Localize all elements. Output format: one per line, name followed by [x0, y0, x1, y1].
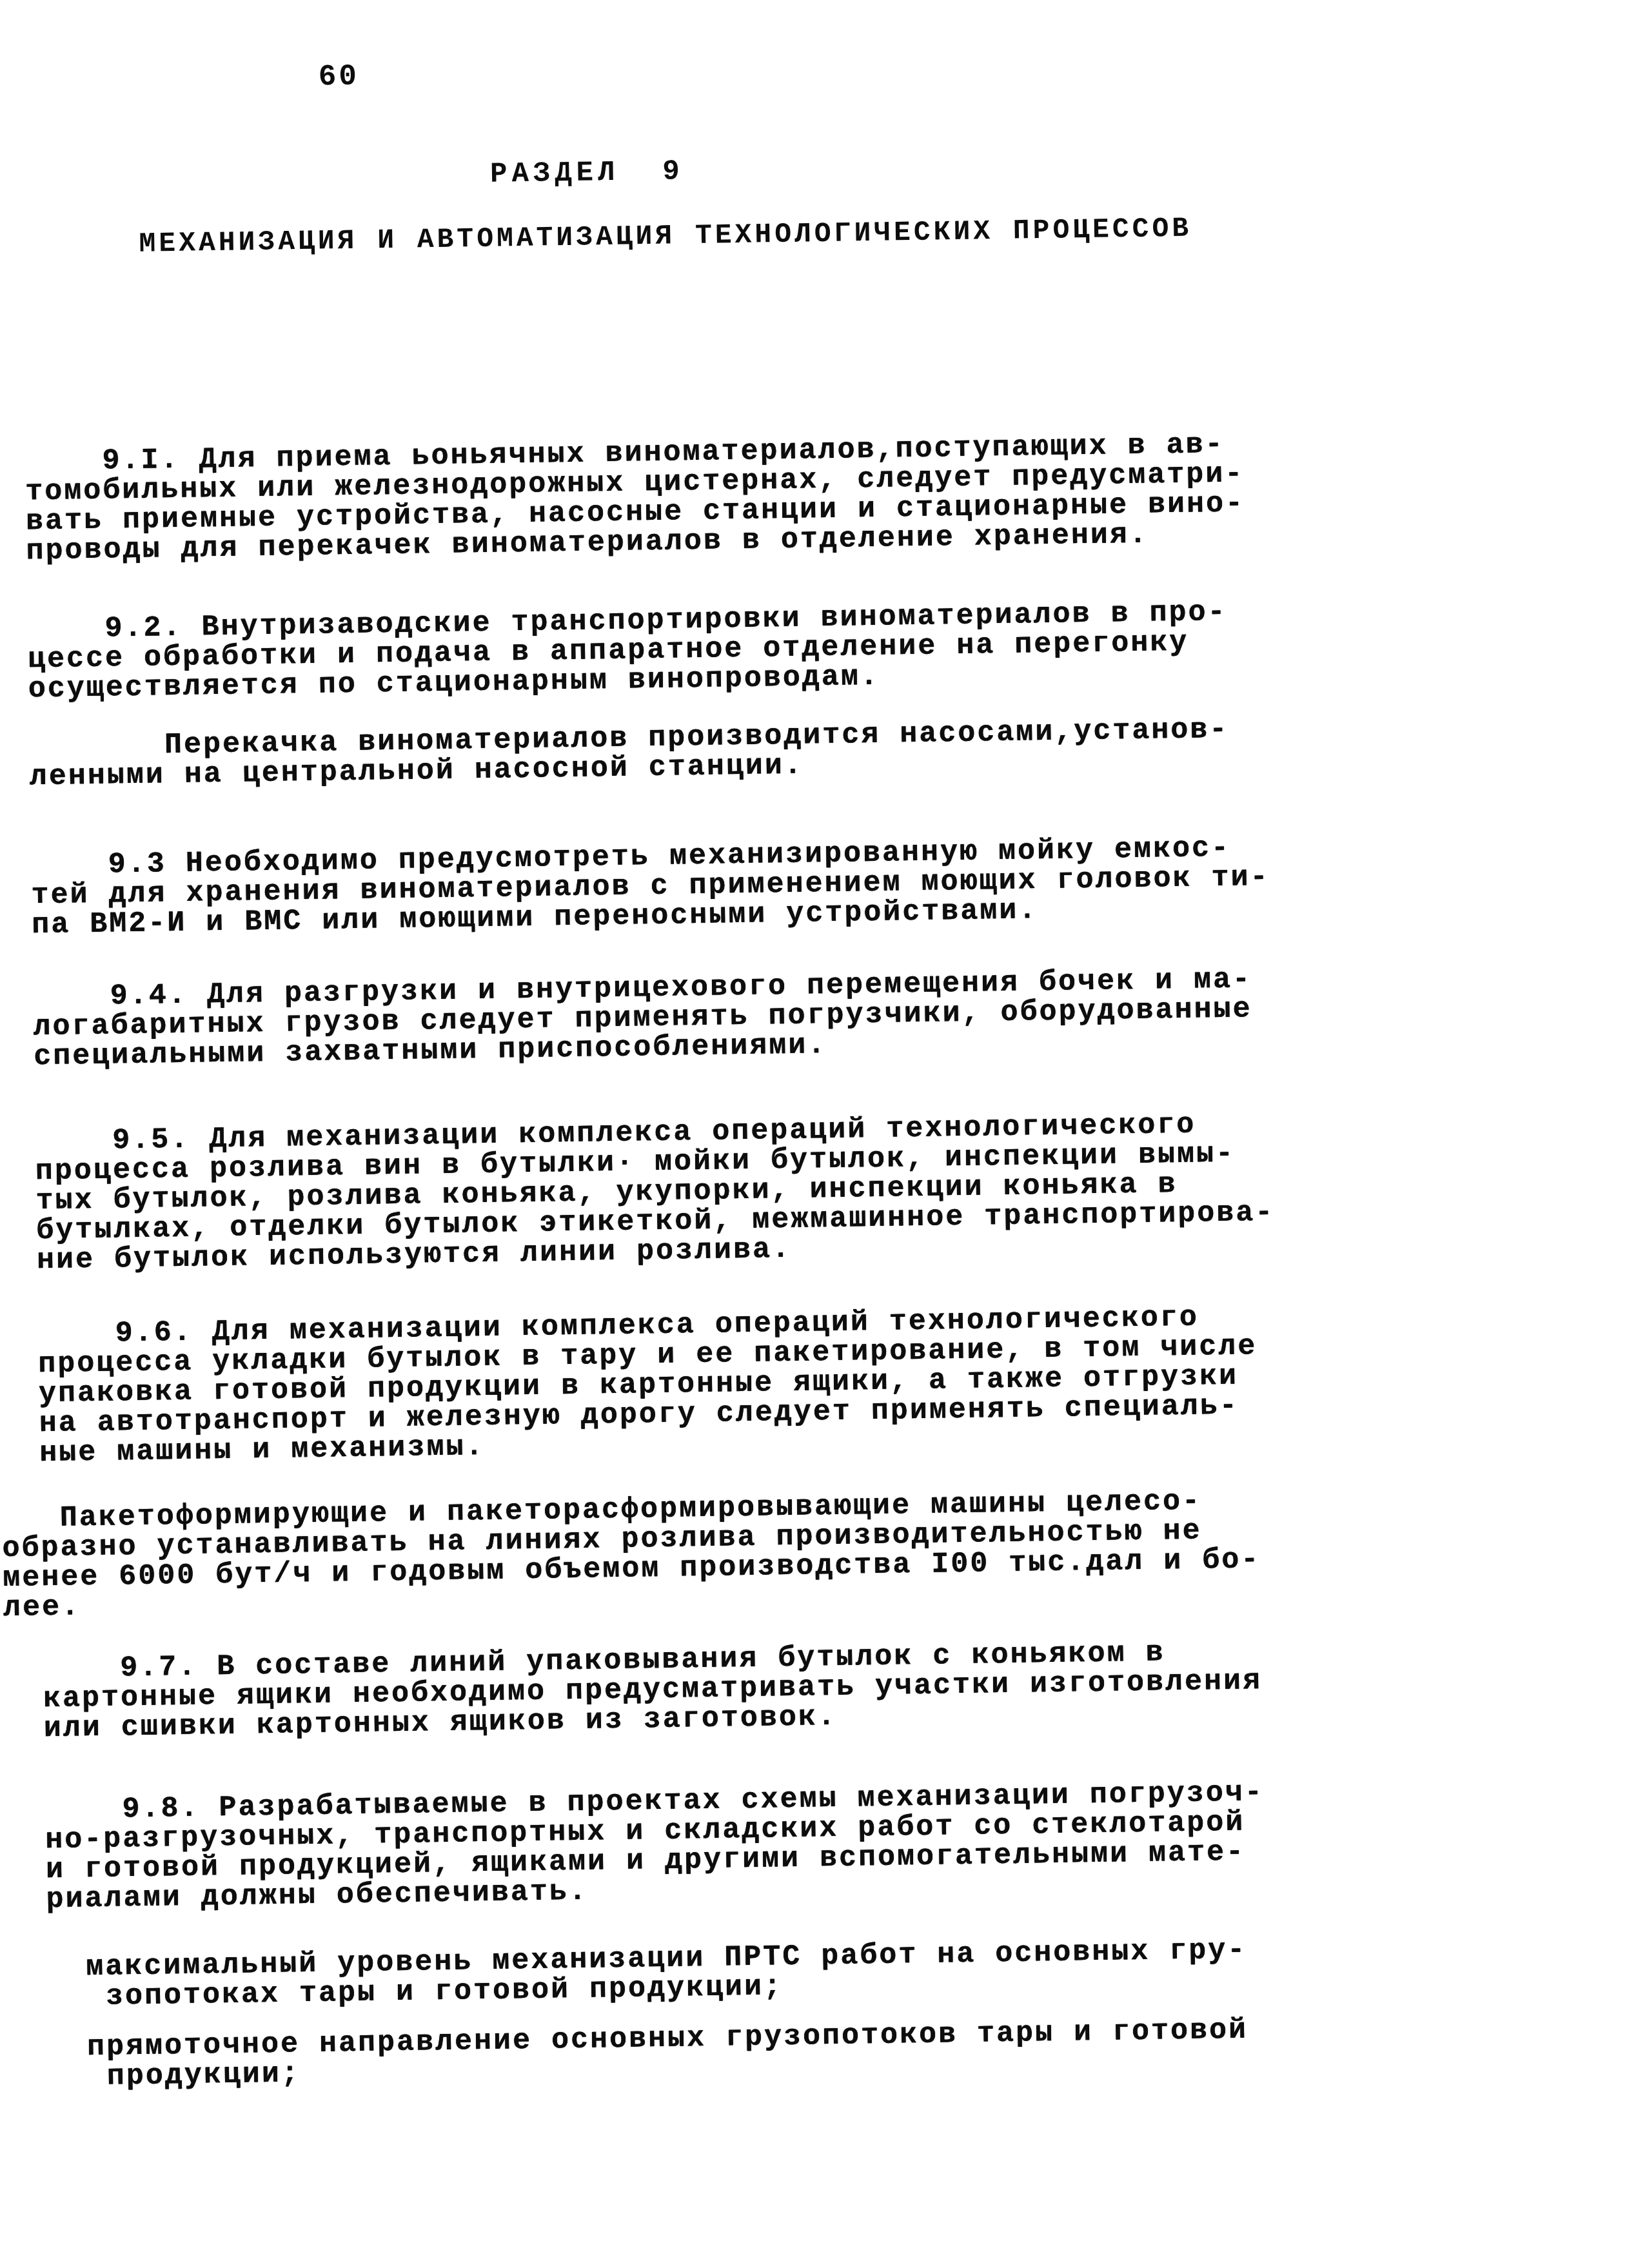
paragraph-9-8-item-1: максимальный уровень механизации ПРТС ра… [47, 1931, 1595, 2013]
paragraph-9-6-note: Пакетоформирующие и пакеторасформировыва… [2, 1481, 1590, 1623]
paragraph-9-3: 9.3 Необходимо предусмотреть механизиров… [31, 829, 1580, 941]
section-heading: РАЗДЕЛ 9 [490, 155, 684, 190]
scanned-page: 60 РАЗДЕЛ 9 МЕХАНИЗАЦИЯ И АВТОМАТИЗАЦИЯ … [0, 0, 1647, 2268]
paragraph-9-1: 9.I. Для приема ьоньячных виноматериалов… [25, 425, 1573, 567]
paragraph-9-5: 9.5. Для механизации комплекса операций … [35, 1105, 1584, 1276]
paragraph-9-2-note: Перекачка виноматериалов производится на… [29, 710, 1577, 793]
paragraph-9-6: 9.6. Для механизации комплекса операций … [37, 1297, 1587, 1469]
paragraph-9-2: 9.2. Внутризаводские транспортировки вин… [27, 593, 1576, 705]
paragraph-9-8: 9.8. Разрабатываемые в проектах схемы ме… [44, 1773, 1593, 1915]
page-number: 60 [318, 60, 359, 94]
paragraph-9-7: 9.7. В составе линий упаковывания бутыло… [43, 1632, 1592, 1744]
paragraph-9-8-item-2: прямоточное направление основных грузопо… [48, 2011, 1597, 2093]
section-title: МЕХАНИЗАЦИЯ И АВТОМАТИЗАЦИЯ ТЕХНОЛОГИЧЕС… [139, 213, 1192, 260]
document-body: 9.I. Для приема ьоньячных виноматериалов… [25, 425, 1597, 2093]
paragraph-9-4: 9.4. Для разгрузки и внутрицехового пере… [33, 960, 1582, 1072]
